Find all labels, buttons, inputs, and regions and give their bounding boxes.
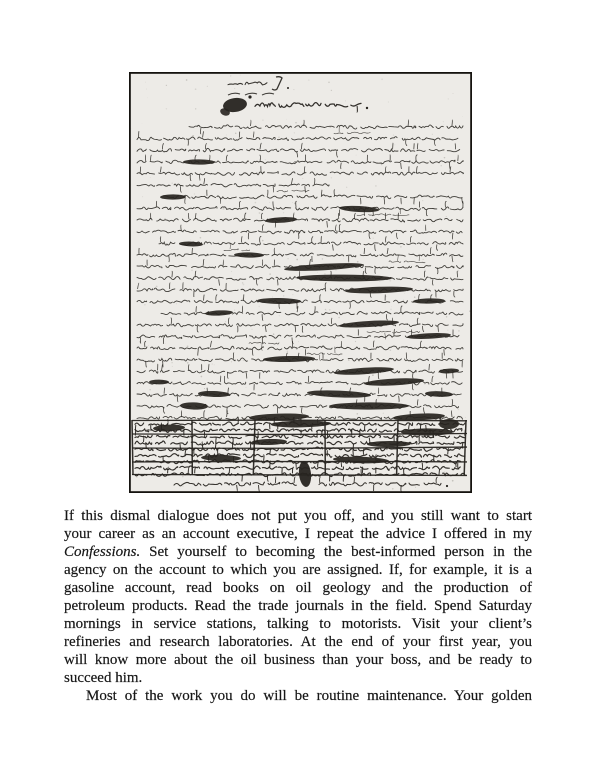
text-segment: petroleum products. Read the trade journ…	[64, 598, 532, 614]
text-segment: succeed him.	[64, 670, 142, 686]
body-text: If this dismal dialogue does not put you…	[64, 507, 532, 705]
text-line: petroleum products. Read the trade journ…	[64, 597, 532, 615]
text-segment: your career as an account executive, I r…	[64, 526, 532, 542]
text-line: succeed him.	[64, 669, 532, 687]
text-line: Confessions. Set yourself to becoming th…	[64, 543, 532, 561]
text-line: If this dismal dialogue does not put you…	[64, 507, 532, 525]
manuscript-heading: Stave I.	[129, 493, 130, 494]
text-line: mornings in service stations, talking to…	[64, 615, 532, 633]
manuscript-caption: Stave I. Marley's Ghost. Scrooge never p…	[129, 493, 130, 494]
manuscript-image	[129, 72, 472, 493]
text-segment: refineries and research laboratories. At…	[64, 634, 532, 650]
text-line: agency on the account to which you are a…	[64, 561, 532, 579]
book-page: Stave I. Marley's Ghost. Scrooge never p…	[0, 0, 600, 776]
text-line: refineries and research laboratories. At…	[64, 633, 532, 651]
text-line: your career as an account executive, I r…	[64, 525, 532, 543]
text-segment: gasoline account, read books on oil geol…	[64, 580, 532, 596]
text-segment: agency on the account to which you are a…	[64, 562, 532, 578]
text-line: will know more about the oil business th…	[64, 651, 532, 669]
text-segment: Most of the work you do will be routine …	[86, 688, 532, 704]
italic-text: Confessions.	[64, 544, 140, 560]
text-segment: will know more about the oil business th…	[64, 652, 532, 668]
text-line: gasoline account, read books on oil geol…	[64, 579, 532, 597]
text-segment: mornings in service stations, talking to…	[64, 616, 532, 632]
manuscript-facsimile: Stave I. Marley's Ghost. Scrooge never p…	[129, 72, 472, 493]
text-segment: If this dismal dialogue does not put you…	[64, 508, 532, 524]
text-segment: Set yourself to becoming the best-inform…	[140, 544, 532, 560]
text-line: Most of the work you do will be routine …	[64, 687, 532, 705]
